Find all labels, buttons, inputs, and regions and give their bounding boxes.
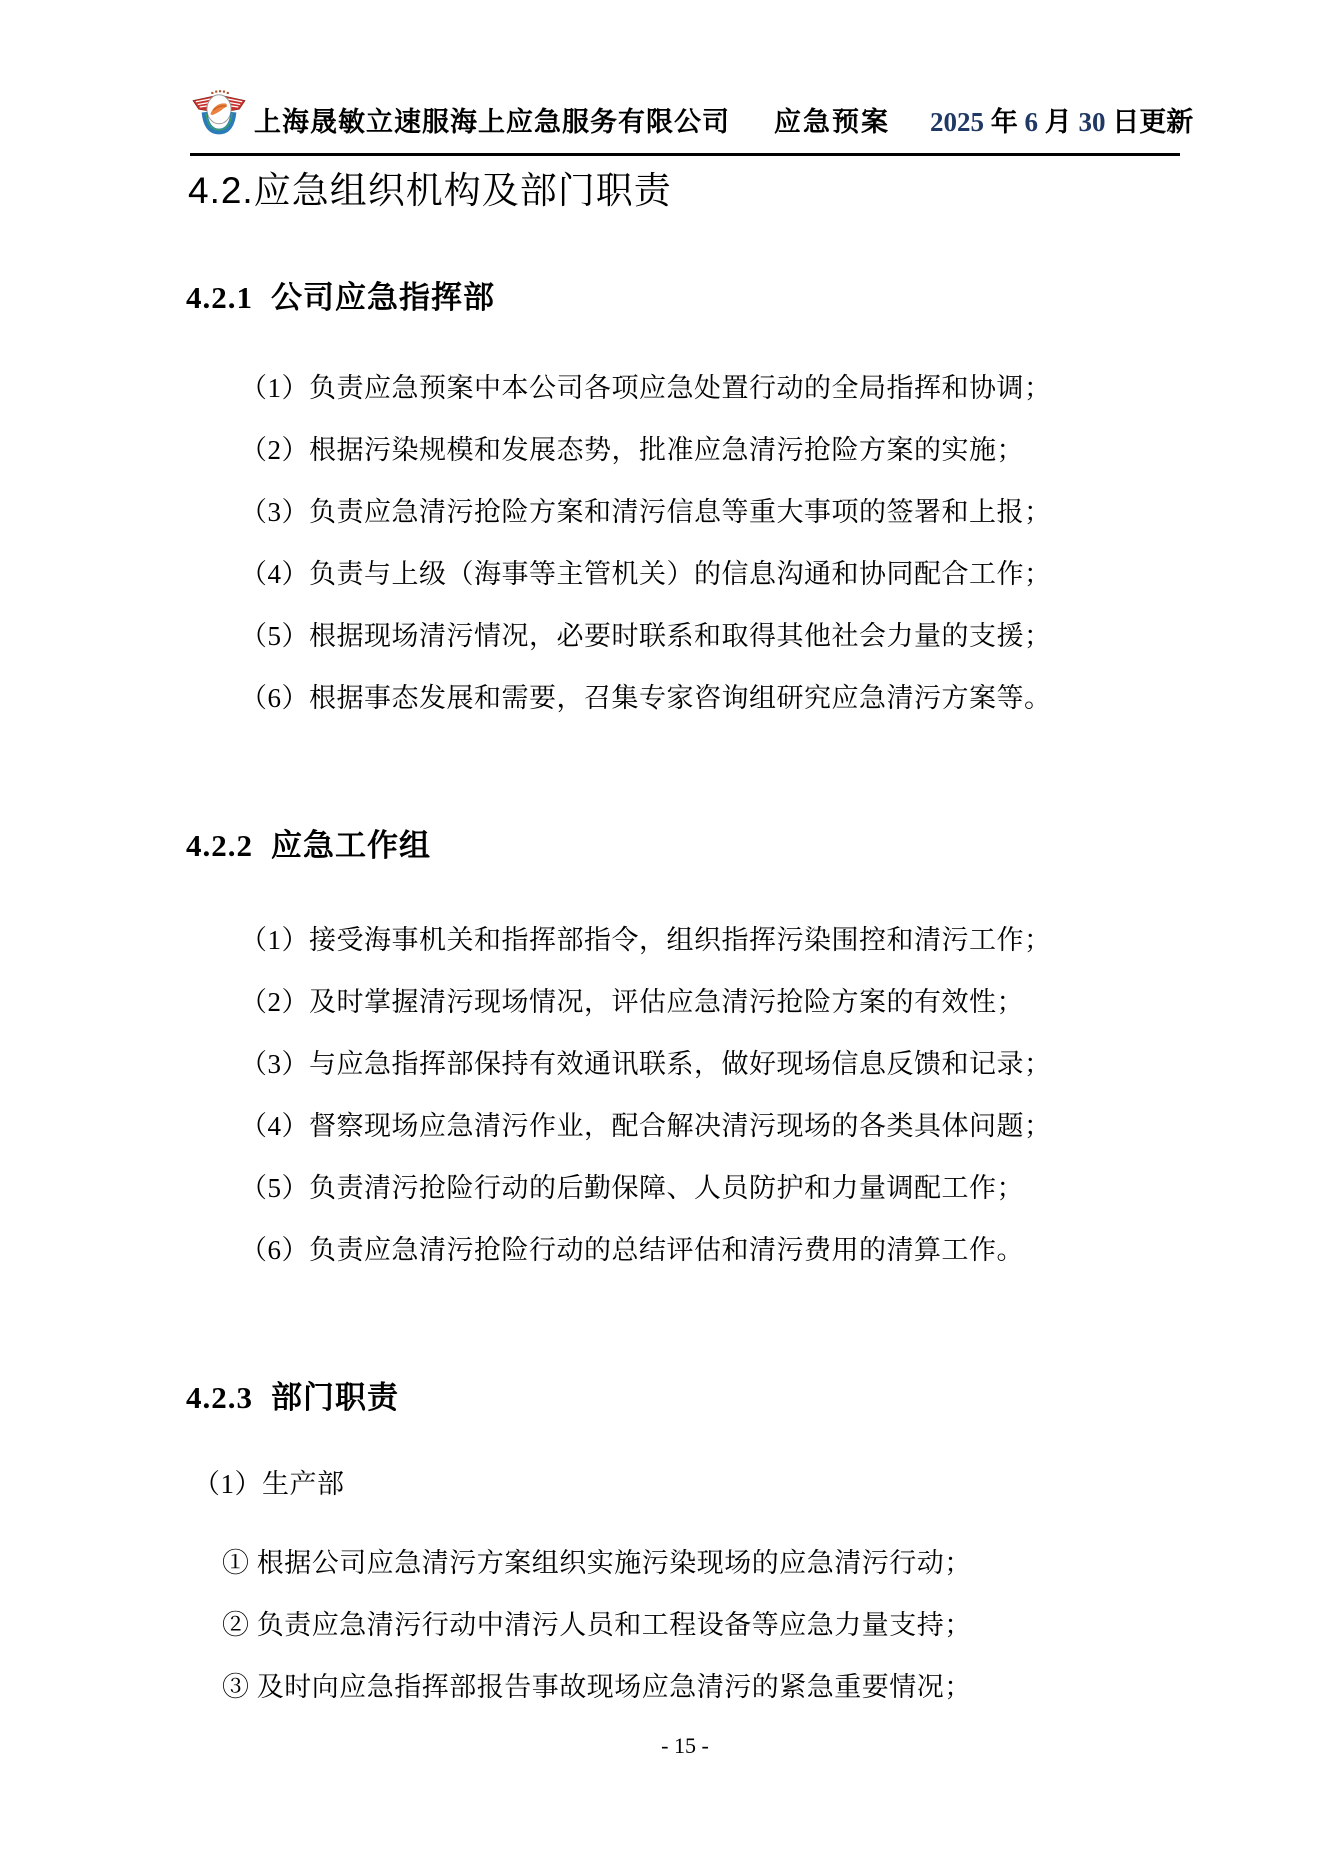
list-item: （6）负责应急清污抢险行动的总结评估和清污费用的清算工作。 bbox=[0, 1216, 1323, 1278]
subsection-heading-production-dept: （1）生产部 bbox=[193, 1462, 345, 1501]
date-day: 30 bbox=[1079, 107, 1106, 137]
header-update-date: 2025 年 6 月 30 日更新 bbox=[930, 100, 1193, 139]
section-number: 4.2.3 bbox=[186, 1380, 253, 1415]
list-item: （3）负责应急清污抢险方案和清污信息等重大事项的签署和上报； bbox=[0, 478, 1323, 540]
list-item: （4）负责与上级（海事等主管机关）的信息沟通和协同配合工作； bbox=[0, 540, 1323, 602]
list-item: ③ 及时向应急指挥部报告事故现场应急清污的紧急重要情况； bbox=[0, 1653, 1323, 1715]
list-item: （3）与应急指挥部保持有效通讯联系，做好现场信息反馈和记录； bbox=[0, 1030, 1323, 1092]
page-number: - 15 - bbox=[190, 1733, 1180, 1759]
section-4-2-1-items: （1）负责应急预案中本公司各项应急处置行动的全局指挥和协调； （2）根据污染规模… bbox=[0, 354, 1323, 726]
section-title: 公司应急指挥部 bbox=[271, 280, 495, 315]
date-year: 2025 bbox=[930, 107, 984, 137]
section-number: 4.2.2 bbox=[186, 828, 253, 863]
list-item: （1）接受海事机关和指挥部指令，组织指挥污染围控和清污工作； bbox=[0, 906, 1323, 968]
page-title: 4.2.应急组织机构及部门职责 bbox=[188, 160, 672, 214]
section-title: 应急工作组 bbox=[271, 828, 431, 863]
section-heading-4-2-2: 4.2.2应急工作组 bbox=[186, 820, 431, 865]
document-page: 上海晟敏立速服海上应急服务有限公司 应急预案 2025 年 6 月 30 日更新… bbox=[0, 0, 1323, 1871]
section-heading-4-2-1: 4.2.1公司应急指挥部 bbox=[186, 272, 495, 317]
date-day-suffix: 日更新 bbox=[1106, 107, 1194, 137]
section-title: 部门职责 bbox=[271, 1380, 399, 1415]
list-item: （5）负责清污抢险行动的后勤保障、人员防护和力量调配工作； bbox=[0, 1154, 1323, 1216]
list-item: ② 负责应急清污行动中清污人员和工程设备等应急力量支持； bbox=[0, 1591, 1323, 1653]
section-4-2-2-items: （1）接受海事机关和指挥部指令，组织指挥污染围控和清污工作； （2）及时掌握清污… bbox=[0, 906, 1323, 1278]
company-emblem-icon bbox=[190, 89, 248, 145]
header-company-name: 上海晟敏立速服海上应急服务有限公司 bbox=[254, 100, 730, 139]
date-month-unit: 月 bbox=[1038, 107, 1079, 137]
section-number: 4.2.1 bbox=[186, 280, 253, 315]
page-header: 上海晟敏立速服海上应急服务有限公司 应急预案 2025 年 6 月 30 日更新 bbox=[190, 70, 1180, 156]
section-heading-4-2-3: 4.2.3部门职责 bbox=[186, 1372, 399, 1417]
list-item: ① 根据公司应急清污方案组织实施污染现场的应急清污行动； bbox=[0, 1529, 1323, 1591]
list-item: （4）督察现场应急清污作业，配合解决清污现场的各类具体问题； bbox=[0, 1092, 1323, 1154]
list-item: （6）根据事态发展和需要，召集专家咨询组研究应急清污方案等。 bbox=[0, 664, 1323, 726]
section-4-2-3-items: ① 根据公司应急清污方案组织实施污染现场的应急清污行动； ② 负责应急清污行动中… bbox=[0, 1529, 1323, 1715]
date-year-unit: 年 bbox=[984, 107, 1025, 137]
list-item: （2）及时掌握清污现场情况，评估应急清污抢险方案的有效性； bbox=[0, 968, 1323, 1030]
list-item: （1）负责应急预案中本公司各项应急处置行动的全局指挥和协调； bbox=[0, 354, 1323, 416]
date-month: 6 bbox=[1025, 107, 1039, 137]
header-row: 上海晟敏立速服海上应急服务有限公司 应急预案 2025 年 6 月 30 日更新 bbox=[190, 83, 1180, 153]
header-doc-label: 应急预案 bbox=[774, 100, 890, 139]
list-item: （2）根据污染规模和发展态势，批准应急清污抢险方案的实施； bbox=[0, 416, 1323, 478]
list-item: （5）根据现场清污情况，必要时联系和取得其他社会力量的支援； bbox=[0, 602, 1323, 664]
